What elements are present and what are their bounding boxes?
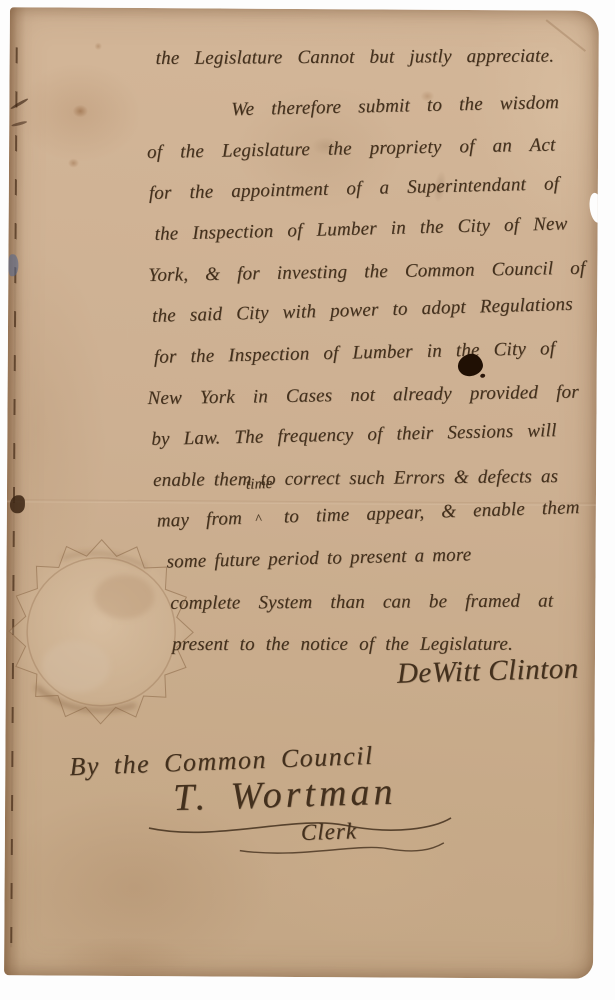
stain xyxy=(94,42,103,51)
manuscript-line: for the Inspection of Lumber in the City… xyxy=(145,327,591,378)
manuscript-line: the Legislature Cannot but justly apprec… xyxy=(148,35,593,79)
stain xyxy=(71,104,89,119)
manuscript-line: by Law. The frequency of their Sessions … xyxy=(145,409,591,460)
council-attestation: By the Common Council T. Wortman Clerk xyxy=(5,745,595,879)
stain xyxy=(67,158,80,169)
manuscript-body: the Legislature Cannot but justly apprec… xyxy=(144,38,593,668)
photo-background: the Legislature Cannot but justly apprec… xyxy=(0,0,615,1000)
manuscript-page: the Legislature Cannot but justly apprec… xyxy=(4,7,599,979)
stain xyxy=(44,932,204,978)
dewitt-clinton-signature: DeWitt Clinton xyxy=(397,653,580,691)
clerk-flourish-icon xyxy=(237,839,447,858)
manuscript-line: complete System than can be framed at xyxy=(144,580,589,624)
inline-insertion: time^ xyxy=(258,504,267,523)
ink-smudge xyxy=(10,495,25,513)
